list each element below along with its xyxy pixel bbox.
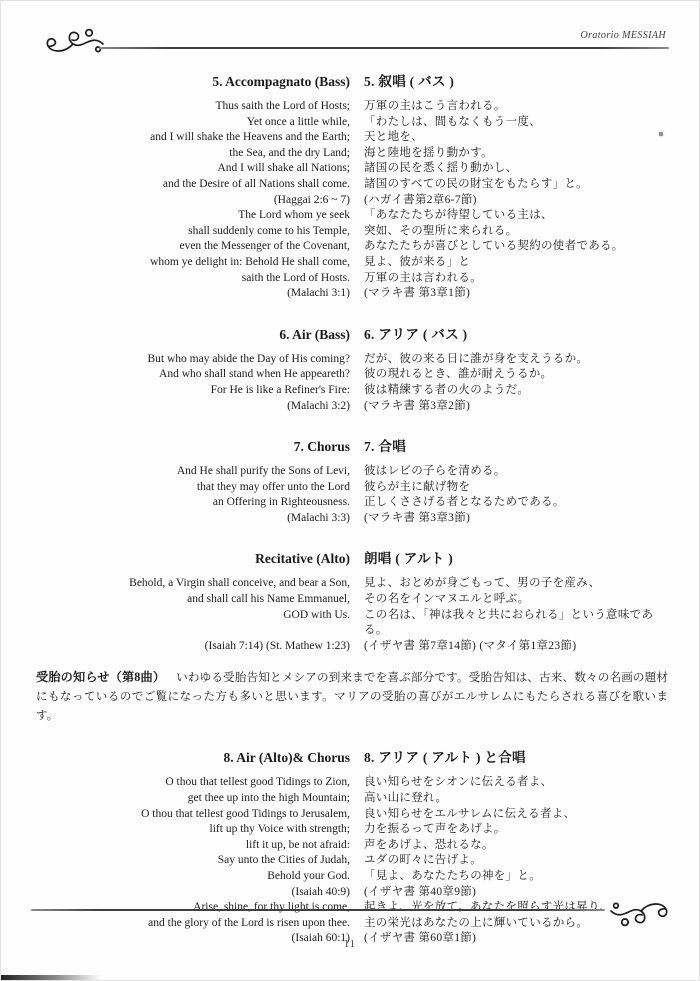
lyric-line-en: The Lord whom ye seek [36, 208, 350, 224]
lyric-line-ja: 諸国のすべての民の財宝をもたらす」と。 [364, 177, 668, 193]
scan-edge-artifact [1, 975, 101, 980]
lyric-line-ja: 天と地を、 [364, 130, 668, 146]
lyric-line-ja: 彼はレビの子らを清める。 [364, 464, 668, 480]
lyric-line: (Isaiah 7:14) (St. Mathew 1:23)(イザヤ書 第7章… [36, 639, 668, 655]
section-title-en: 7. Chorus [36, 438, 350, 456]
section-title-en: Recitative (Alto) [36, 550, 350, 568]
lyric-line: GOD with Us.この名は、「神は我々と共におられる」という意味である。 [36, 608, 668, 639]
lyric-line-en: and I will shake the Heavens and the Ear… [36, 130, 350, 146]
lyric-line: whom ye delight in: Behold He shall come… [36, 255, 668, 271]
lyric-line-en: and the glory of the Lord is risen upon … [36, 916, 350, 932]
lyric-line-en: Say unto the Cities of Judah, [36, 853, 350, 869]
lyric-line-ja: 見よ、彼が来る」と [364, 255, 668, 271]
lyric-line-ja: 万軍の主はこう言われる。 [364, 99, 668, 115]
lyric-line-en: an Offering in Righteousness. [36, 495, 350, 511]
lyric-line-ja: (マラキ書 第3章2節) [364, 399, 668, 415]
lyric-line: (Isaiah 40:9)(イザヤ書 第40章9節) [36, 885, 668, 901]
lyric-line-ja: 万軍の主は言われる。 [364, 271, 668, 287]
lyric-line-ja: 高い山に登れ。 [364, 791, 668, 807]
lyric-line: For He is like a Refiner's Fire:彼は精練する者の… [36, 383, 668, 399]
lyric-line-ja: 「わたしは、間もなくもう一度、 [364, 115, 668, 131]
lyric-line-en: And I will shake all Nations; [36, 161, 350, 177]
lyric-line-ja: 良い知らせをエルサレムに伝える者よ、 [364, 807, 668, 823]
lyric-line-en: And who shall stand when He appeareth? [36, 367, 350, 383]
section-title-row: 6. Air (Bass)6. アリア ( バス ) [36, 326, 668, 344]
lyric-line-en: the Sea, and the dry Land; [36, 146, 350, 162]
footer-rule [31, 909, 605, 911]
lyric-line-ja: 良い知らせをシオンに伝える者よ、 [364, 775, 668, 791]
lyric-line-en: O thou that tellest good Tidings to Zion… [36, 775, 350, 791]
libretto-section: 6. Air (Bass)6. アリア ( バス )But who may ab… [36, 326, 668, 414]
lyric-line: saith the Lord of Hosts.万軍の主は言われる。 [36, 271, 668, 287]
lyric-line-en: (Malachi 3:2) [36, 399, 350, 415]
lyric-line: (Malachi 3:3)(マラキ書 第3章3節) [36, 511, 668, 527]
lyric-line-en: (Isaiah 40:9) [36, 885, 350, 901]
lyric-line-ja: 見よ、おとめが身ごもって、男の子を産み、 [364, 576, 668, 592]
lyric-line-ja: 突如、その聖所に来られる。 [364, 224, 668, 240]
libretto-section: Recitative (Alto)朗唱 ( アルト )Behold, a Vir… [36, 550, 668, 654]
lyric-line-en: (Haggai 2:6 ~ 7) [36, 193, 350, 209]
section-title-ja: 朗唱 ( アルト ) [364, 550, 668, 568]
section-title-row: 8. Air (Alto)& Chorus8. アリア ( アルト ) と合唱 [36, 749, 668, 767]
lyric-line-ja: 正しくささげる者となるためである。 [364, 495, 668, 511]
lyric-line-en: GOD with Us. [36, 608, 350, 639]
lyric-line-en: shall suddenly come to his Temple, [36, 224, 350, 240]
lyric-line-en: But who may abide the Day of His coming? [36, 352, 350, 368]
section-title-row: 7. Chorus7. 合唱 [36, 438, 668, 456]
commentary-lead: 受胎の知らせ（第8曲） [36, 670, 165, 684]
libretto-section: 5. Accompagnato (Bass)5. 叙唱 ( バス )Thus s… [36, 73, 668, 302]
section-title-ja: 8. アリア ( アルト ) と合唱 [364, 749, 668, 767]
lyric-line-en: (Malachi 3:1) [36, 286, 350, 302]
libretto-section: 8. Air (Alto)& Chorus8. アリア ( アルト ) と合唱O… [36, 749, 668, 947]
lyric-line-en: even the Messenger of the Covenant, [36, 239, 350, 255]
document-page: Oratorio MESSIAH 5. Accompagnato (Bass)5… [0, 0, 700, 981]
section-title-ja: 5. 叙唱 ( バス ) [364, 73, 668, 91]
lyric-line: lift up thy Voice with strength;力を振るって声を… [36, 822, 668, 838]
lyric-line-ja: この名は、「神は我々と共におられる」という意味である。 [364, 608, 668, 639]
lyric-line-ja: 「あなたたちが待望している主は、 [364, 208, 668, 224]
lyric-line: Thus saith the Lord of Hosts;万軍の主はこう言われる… [36, 99, 668, 115]
lyric-line: the Sea, and the dry Land;海と陸地を揺り動かす。 [36, 146, 668, 162]
section-title-ja: 7. 合唱 [364, 438, 668, 456]
lyric-line: (Malachi 3:2)(マラキ書 第3章2節) [36, 399, 668, 415]
lyric-line: lift it up, be not afraid:声をあげよ、恐れるな。 [36, 838, 668, 854]
lyric-line-en: (Isaiah 7:14) (St. Mathew 1:23) [36, 639, 350, 655]
lyric-line-ja: だが、彼の来る日に誰が身を支えうるか。 [364, 352, 668, 368]
lyric-line: And who shall stand when He appeareth?彼の… [36, 367, 668, 383]
lyric-line: Say unto the Cities of Judah,ユダの町々に告げよ。 [36, 853, 668, 869]
lyric-line: an Offering in Righteousness.正しくささげる者となる… [36, 495, 668, 511]
lyric-line-en: (Malachi 3:3) [36, 511, 350, 527]
libretto-section: 7. Chorus7. 合唱And He shall purify the So… [36, 438, 668, 526]
section-title-en: 5. Accompagnato (Bass) [36, 73, 350, 91]
lyric-line: that they may offer unto the Lord彼らが主に献げ… [36, 480, 668, 496]
lyric-line-en: And He shall purify the Sons of Levi, [36, 464, 350, 480]
section-title-en: 6. Air (Bass) [36, 326, 350, 344]
lyric-line-ja: 「見よ、あなたたちの神を」と。 [364, 869, 668, 885]
lyric-line: Behold your God.「見よ、あなたたちの神を」と。 [36, 869, 668, 885]
lyric-line: and I will shake the Heavens and the Ear… [36, 130, 668, 146]
lyric-line: (Malachi 3:1)(マラキ書 第3章1節) [36, 286, 668, 302]
lyric-line-en: Behold, a Virgin shall conceive, and bea… [36, 576, 350, 592]
lyric-line-ja: (イザヤ書 第7章14節) (マタイ第1章23節) [364, 639, 668, 655]
lyric-line-ja: 声をあげよ、恐れるな。 [364, 838, 668, 854]
lyric-line: O thou that tellest good Tidings to Zion… [36, 775, 668, 791]
libretto-content: 5. Accompagnato (Bass)5. 叙唱 ( バス )Thus s… [36, 73, 668, 947]
lyric-line-ja: (ハガイ書第2章6-7節) [364, 193, 668, 209]
section-title-row: 5. Accompagnato (Bass)5. 叙唱 ( バス ) [36, 73, 668, 91]
lyric-line-en: Thus saith the Lord of Hosts; [36, 99, 350, 115]
lyric-line: Arise, shine, for thy light is come,起きよ、… [36, 900, 668, 916]
lyric-line-en: Arise, shine, for thy light is come, [36, 900, 350, 916]
lyric-line: Behold, a Virgin shall conceive, and bea… [36, 576, 668, 592]
lyric-line: O thou that tellest good Tidings to Jeru… [36, 807, 668, 823]
lyric-line-ja: 海と陸地を揺り動かす。 [364, 146, 668, 162]
lyric-line-en: and the Desire of all Nations shall come… [36, 177, 350, 193]
lyric-line: Yet once a little while,「わたしは、間もなくもう一度、 [36, 115, 668, 131]
lyric-line-en: Yet once a little while, [36, 115, 350, 131]
lyric-line: And I will shake all Nations;諸国の民を悉く揺り動か… [36, 161, 668, 177]
lyric-line-en: whom ye delight in: Behold He shall come… [36, 255, 350, 271]
running-head: Oratorio MESSIAH [580, 30, 666, 41]
lyric-line-en: lift it up, be not afraid: [36, 838, 350, 854]
lyric-line-ja: 力を振るって声をあげよ。 [364, 822, 668, 838]
lyric-line-en: For He is like a Refiner's Fire: [36, 383, 350, 399]
section-title-ja: 6. アリア ( バス ) [364, 326, 668, 344]
lyric-line: (Haggai 2:6 ~ 7)(ハガイ書第2章6-7節) [36, 193, 668, 209]
lyric-line-ja: 彼の現れるとき、誰が耐えうるか。 [364, 367, 668, 383]
lyric-line: and the glory of the Lord is risen upon … [36, 916, 668, 932]
flourish-ornament-top-left [43, 27, 105, 55]
lyric-line: get thee up into the high Mountain;高い山に登… [36, 791, 668, 807]
page-number: 11 [1, 939, 699, 950]
lyric-line: and shall call his Name Emmanuel,その名をインマ… [36, 592, 668, 608]
lyric-line: But who may abide the Day of His coming?… [36, 352, 668, 368]
lyric-line-en: get thee up into the high Mountain; [36, 791, 350, 807]
section-title-row: Recitative (Alto)朗唱 ( アルト ) [36, 550, 668, 568]
lyric-line-ja: (マラキ書 第3章1節) [364, 286, 668, 302]
lyric-line: even the Messenger of the Covenant,あなたたち… [36, 239, 668, 255]
commentary-paragraph: 受胎の知らせ（第8曲）いわゆる受胎告知とメシアの到来までを喜ぶ部分です。受胎告知… [36, 668, 668, 725]
section-title-en: 8. Air (Alto)& Chorus [36, 749, 350, 767]
lyric-line: and the Desire of all Nations shall come… [36, 177, 668, 193]
lyric-line-ja: (イザヤ書 第40章9節) [364, 885, 668, 901]
lyric-line-en: saith the Lord of Hosts. [36, 271, 350, 287]
lyric-line-en: lift up thy Voice with strength; [36, 822, 350, 838]
lyric-line-ja: ユダの町々に告げよ。 [364, 853, 668, 869]
header-rule [99, 47, 669, 49]
lyric-line-ja: その名をインマヌエルと呼ぶ。 [364, 592, 668, 608]
lyric-line-ja: 彼は精練する者の火のようだ。 [364, 383, 668, 399]
lyric-line-ja: (マラキ書 第3章3節) [364, 511, 668, 527]
lyric-line: shall suddenly come to his Temple,突如、その聖… [36, 224, 668, 240]
flourish-ornament-bottom-right [609, 900, 671, 928]
lyric-line: The Lord whom ye seek「あなたたちが待望している主は、 [36, 208, 668, 224]
lyric-line-en: that they may offer unto the Lord [36, 480, 350, 496]
lyric-line-en: and shall call his Name Emmanuel, [36, 592, 350, 608]
lyric-line-ja: 諸国の民を悉く揺り動かし、 [364, 161, 668, 177]
lyric-line: And He shall purify the Sons of Levi,彼はレ… [36, 464, 668, 480]
lyric-line-ja: あなたたちが喜びとしている契約の使者である。 [364, 239, 668, 255]
lyric-line-en: O thou that tellest good Tidings to Jeru… [36, 807, 350, 823]
lyric-line-ja: 彼らが主に献げ物を [364, 480, 668, 496]
lyric-line-en: Behold your God. [36, 869, 350, 885]
